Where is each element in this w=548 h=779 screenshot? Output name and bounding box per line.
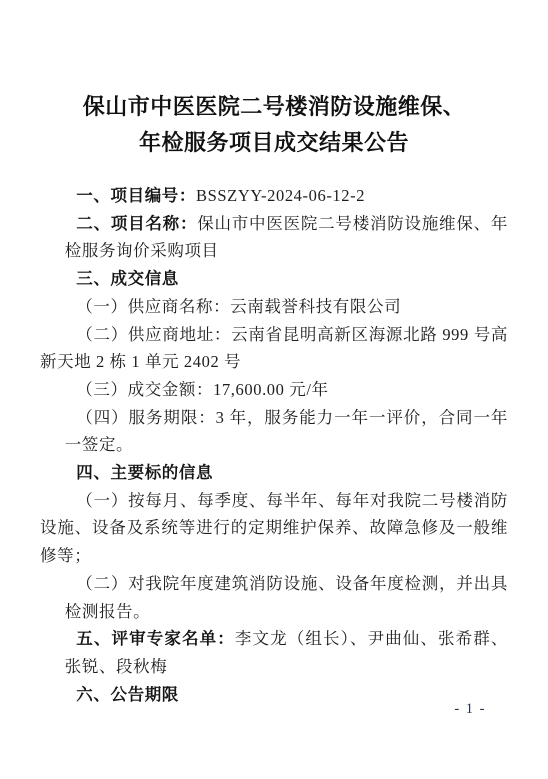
para-text-deal-amount: （三）成交金额：17,600.00 元/年 — [76, 380, 328, 399]
document-title-line-2: 年检服务项目成交结果公告 — [40, 125, 508, 161]
document-page: 保山市中医医院二号楼消防设施维保、 年检服务项目成交结果公告 一、项目编号：BS… — [0, 0, 548, 779]
para-supplier-address: （二）供应商地址：云南省昆明高新区海源北路 999 号高新天地 2 栋 1 单元… — [40, 321, 508, 376]
para-deal-amount: （三）成交金额：17,600.00 元/年 — [40, 376, 508, 404]
para-subject-info-heading: 四、主要标的信息 — [40, 459, 508, 487]
para-text-project-number: BSSZYY-2024-06-12-2 — [196, 186, 365, 205]
document-title: 保山市中医医院二号楼消防设施维保、 年检服务项目成交结果公告 — [40, 89, 508, 161]
section-heading-project-name: 二、项目名称： — [76, 214, 197, 233]
page-number: - 1 - — [454, 701, 486, 718]
section-heading-expert-list: 五、评审专家名单： — [76, 629, 235, 648]
para-text-maintenance-scope: （一）按每月、每季度、每半年、每年对我院二号楼消防设施、设备及系统等进行的定期维… — [40, 491, 508, 565]
para-supplier-name: （一）供应商名称：云南载誉科技有限公司 — [40, 293, 508, 321]
para-text-service-term: （四）服务期限：3 年，服务能力一年一评价，合同一年一签定。 — [65, 408, 508, 455]
document-body: 一、项目编号：BSSZYY-2024-06-12-2 二、项目名称：保山市中医医… — [40, 182, 508, 708]
section-heading-project-number: 一、项目编号： — [76, 186, 196, 205]
para-expert-list: 五、评审专家名单：李文龙（组长）、尹曲仙、张希群、张锐、段秋梅 — [40, 625, 508, 680]
para-announcement-period-heading: 六、公告期限 — [40, 681, 508, 709]
para-project-number: 一、项目编号：BSSZYY-2024-06-12-2 — [40, 182, 508, 210]
para-text-annual-inspection: （二）对我院年度建筑消防设施、设备年度检测，并出具检测报告。 — [65, 574, 508, 621]
para-maintenance-scope: （一）按每月、每季度、每半年、每年对我院二号楼消防设施、设备及系统等进行的定期维… — [40, 487, 508, 570]
section-heading-deal-info: 三、成交信息 — [76, 269, 179, 288]
para-project-name: 二、项目名称：保山市中医医院二号楼消防设施维保、年检服务询价采购项目 — [40, 210, 508, 265]
para-deal-info-heading: 三、成交信息 — [40, 265, 508, 293]
document-title-line-1: 保山市中医医院二号楼消防设施维保、 — [40, 89, 508, 125]
para-annual-inspection: （二）对我院年度建筑消防设施、设备年度检测，并出具检测报告。 — [40, 570, 508, 625]
section-heading-subject-info: 四、主要标的信息 — [76, 463, 213, 482]
para-service-term: （四）服务期限：3 年，服务能力一年一评价，合同一年一签定。 — [40, 404, 508, 459]
para-text-supplier-name: （一）供应商名称：云南载誉科技有限公司 — [76, 297, 401, 316]
section-heading-announcement-period: 六、公告期限 — [76, 685, 179, 704]
para-text-supplier-address: （二）供应商地址：云南省昆明高新区海源北路 999 号高新天地 2 栋 1 单元… — [40, 325, 508, 372]
